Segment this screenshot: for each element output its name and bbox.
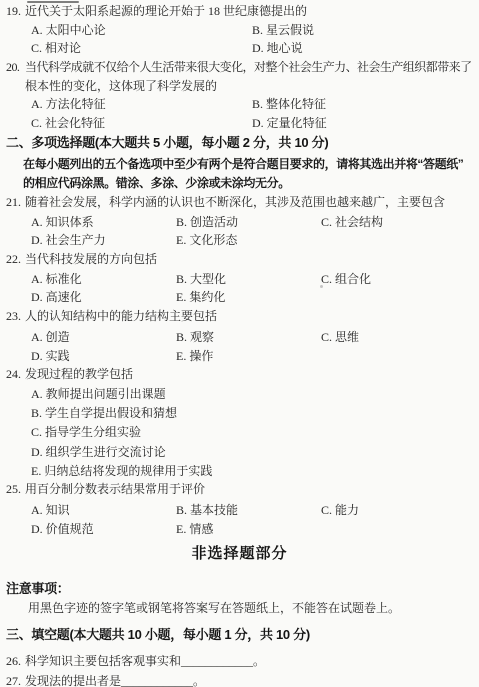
q23-option-a: A. 创造 xyxy=(31,330,176,344)
question-27-line: 27.发现法的提出者是____________。 xyxy=(6,674,205,687)
q19-option-d: D. 地心说 xyxy=(252,41,303,55)
question-19-text: 近代关于太阳系起源的理论开始于 18 世纪康德提出的 xyxy=(25,4,307,18)
question-25-line: 25.用百分制分数表示结果常用于评价 xyxy=(6,482,205,496)
question-26-text: 科学知识主要包括客观事实和 xyxy=(25,654,181,668)
question-23-number: 23. xyxy=(6,309,25,323)
q24-option-a: A. 教师提出问题引出课题 xyxy=(31,387,166,401)
question-19-line: 19.近代关于太阳系起源的理论开始于 18 世纪康德提出的 xyxy=(6,4,307,18)
section-2-instruction-1: 在每小题列出的五个备选项中至少有两个是符合题目要求的，请将其选出并将“答题纸” xyxy=(23,157,463,171)
q23-options-row-2: D. 实践E. 操作 xyxy=(31,349,213,363)
question-26-blank: ____________ xyxy=(181,654,253,668)
q19-option-a: A. 太阳中心论 xyxy=(31,23,252,37)
question-21-line: 21.随着社会发展，科学内涵的认识也不断深化，其涉及范围也越来越广，主要包含 xyxy=(6,195,445,209)
question-21-number: 21. xyxy=(6,195,25,209)
q22-option-c: C. 组合化 xyxy=(321,272,371,286)
q23-options-row-1: A. 创造B. 观察C. 思维 xyxy=(31,330,359,344)
q19-option-c: C. 相对论 xyxy=(31,41,252,55)
question-24-number: 24. xyxy=(6,367,25,381)
question-19-number: 19. xyxy=(6,4,25,18)
q23-option-e: E. 操作 xyxy=(176,349,213,363)
q25-option-c: C. 能力 xyxy=(321,503,359,517)
q24-option-c: C. 指导学生分组实验 xyxy=(31,425,141,439)
part-2-title: 非选择题部分 xyxy=(0,547,479,561)
q22-option-a: A. 标准化 xyxy=(31,272,176,286)
q22-option-d: D. 高速化 xyxy=(31,290,176,304)
q21-option-c: C. 社会结构 xyxy=(321,215,383,229)
q21-options-row-1: A. 知识体系B. 创造活动C. 社会结构 xyxy=(31,215,383,229)
q24-option-d: D. 组织学生进行交流讨论 xyxy=(31,445,166,459)
question-27-period: 。 xyxy=(193,674,205,687)
q19-options-row-1: A. 太阳中心论B. 星云假说 xyxy=(31,23,314,37)
q19-option-b: B. 星云假说 xyxy=(252,23,314,37)
q20-option-d: D. 定量化特征 xyxy=(252,116,327,130)
q20-options-row-1: A. 方法化特征B. 整体化特征 xyxy=(31,97,326,111)
question-20-text-2: 根本性的变化，这体现了科学发展的 xyxy=(25,79,217,93)
q24-option-e: E. 归纳总结将发现的规律用于实践 xyxy=(31,464,212,478)
question-22-line: 22.当代科技发展的方向包括 xyxy=(6,252,157,266)
q22-option-b: B. 大型化 xyxy=(176,272,321,286)
q22-option-e: E. 集约化 xyxy=(176,290,225,304)
scan-artifact-line xyxy=(27,1,79,3)
question-20-line-1: 20.当代科学成就不仅给个人生活带来很大变化，对整个社会生产力、社会生产组织都带… xyxy=(6,60,472,74)
question-26-line: 26.科学知识主要包括客观事实和____________。 xyxy=(6,654,265,668)
section-2-heading: 二、多项选择题(本大题共 5 小题，每小题 2 分，共 10 分) xyxy=(6,136,328,150)
q20-option-b: B. 整体化特征 xyxy=(252,97,326,111)
section-3-heading: 三、填空题(本大题共 10 小题，每小题 1 分，共 10 分) xyxy=(6,628,310,642)
question-27-text: 发现法的提出者是 xyxy=(25,674,121,687)
exam-paper-page: 19.近代关于太阳系起源的理论开始于 18 世纪康德提出的 A. 太阳中心论B.… xyxy=(0,0,479,687)
question-23-line: 23.人的认知结构中的能力结构主要包括 xyxy=(6,309,217,323)
q23-option-c: C. 思维 xyxy=(321,330,359,344)
q22-options-row-1: A. 标准化B. 大型化C. 组合化 xyxy=(31,272,371,286)
question-24-line: 24.发现过程的教学包括 xyxy=(6,367,133,381)
question-25-number: 25. xyxy=(6,482,25,496)
notice-text: 用黑色字迹的签字笔或钢笔将答案写在答题纸上，不能答在试题卷上。 xyxy=(28,601,400,615)
q21-option-b: B. 创造活动 xyxy=(176,215,321,229)
q20-option-a: A. 方法化特征 xyxy=(31,97,252,111)
question-20-number: 20. xyxy=(6,60,25,74)
q22-options-row-2: D. 高速化E. 集约化 xyxy=(31,290,225,304)
q21-option-a: A. 知识体系 xyxy=(31,215,176,229)
q23-option-d: D. 实践 xyxy=(31,349,176,363)
q21-option-e: E. 文化形态 xyxy=(176,233,237,247)
question-22-number: 22. xyxy=(6,252,25,266)
q23-option-b: B. 观察 xyxy=(176,330,321,344)
question-24-text: 发现过程的教学包括 xyxy=(25,367,133,381)
q25-option-d: D. 价值规范 xyxy=(31,522,176,536)
q24-option-b: B. 学生自学提出假设和猜想 xyxy=(31,406,177,420)
question-23-text: 人的认知结构中的能力结构主要包括 xyxy=(25,309,217,323)
question-20-line-2: 根本性的变化，这体现了科学发展的 xyxy=(25,79,217,93)
question-26-number: 26. xyxy=(6,654,25,668)
section-2-instruction-2: 的相应代码涂黑。错涂、多涂、少涂或未涂均无分。 xyxy=(23,176,290,190)
question-27-number: 27. xyxy=(6,674,25,687)
question-20-text-1: 当代科学成就不仅给个人生活带来很大变化，对整个社会生产力、社会生产组织都带来了 xyxy=(25,60,472,74)
q20-option-c: C. 社会化特征 xyxy=(31,116,252,130)
q25-options-row-1: A. 知识B. 基本技能C. 能力 xyxy=(31,503,359,517)
q19-options-row-2: C. 相对论D. 地心说 xyxy=(31,41,303,55)
question-27-blank: ____________ xyxy=(121,674,193,687)
question-22-text: 当代科技发展的方向包括 xyxy=(25,252,157,266)
q21-option-d: D. 社会生产力 xyxy=(31,233,176,247)
question-26-period: 。 xyxy=(253,654,265,668)
q25-option-a: A. 知识 xyxy=(31,503,176,517)
q25-option-b: B. 基本技能 xyxy=(176,503,321,517)
q25-options-row-2: D. 价值规范E. 情感 xyxy=(31,522,213,536)
q25-option-e: E. 情感 xyxy=(176,522,213,536)
q20-options-row-2: C. 社会化特征D. 定量化特征 xyxy=(31,116,327,130)
question-21-text: 随着社会发展，科学内涵的认识也不断深化，其涉及范围也越来越广，主要包含 xyxy=(25,195,445,209)
q21-options-row-2: D. 社会生产力E. 文化形态 xyxy=(31,233,237,247)
notice-heading: 注意事项： xyxy=(6,582,70,596)
question-25-text: 用百分制分数表示结果常用于评价 xyxy=(25,482,205,496)
